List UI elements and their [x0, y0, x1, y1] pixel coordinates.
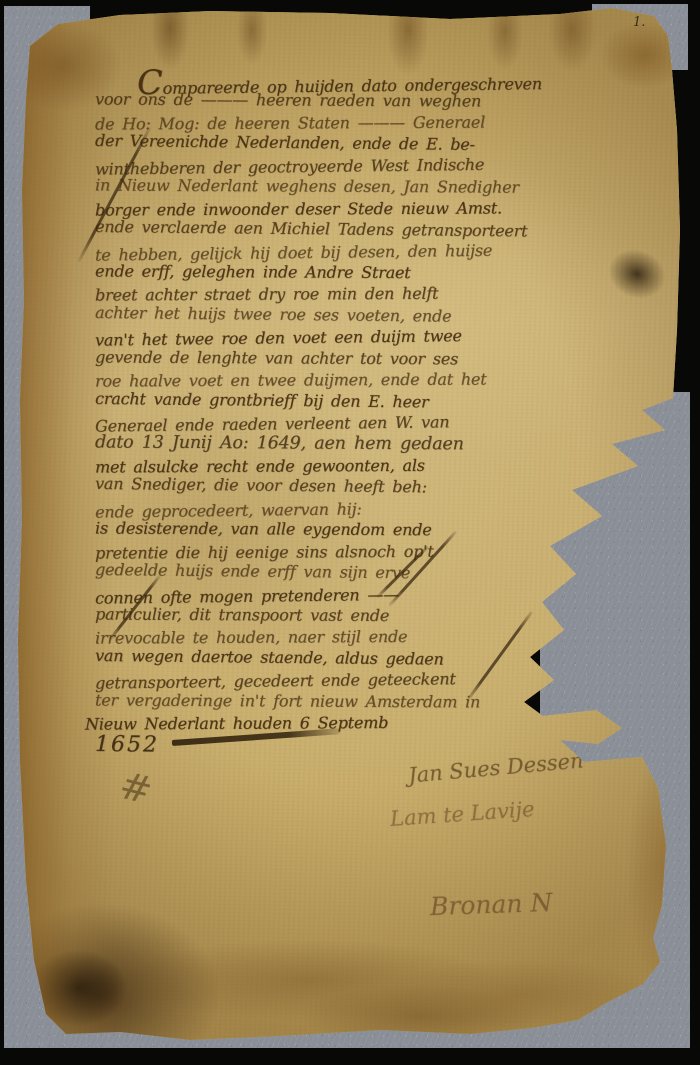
page-number: 1.: [633, 15, 645, 30]
manuscript-scan: 1. Compareerde op huijden dato ondergesc…: [0, 0, 700, 1065]
signature: Bronan N: [430, 888, 553, 921]
manuscript-line-date: dato 13 Junij Ao: 1649, aen hem gedaen: [95, 433, 685, 458]
manuscript-line: voor ons de ——— heeren raeden van weghen: [95, 90, 685, 115]
manuscript-line: in Nieuw Nederlant weghens desen, Jan Sn…: [95, 176, 685, 201]
hash-mark: #: [115, 763, 157, 813]
signature: Lam te Lavije: [389, 797, 535, 831]
